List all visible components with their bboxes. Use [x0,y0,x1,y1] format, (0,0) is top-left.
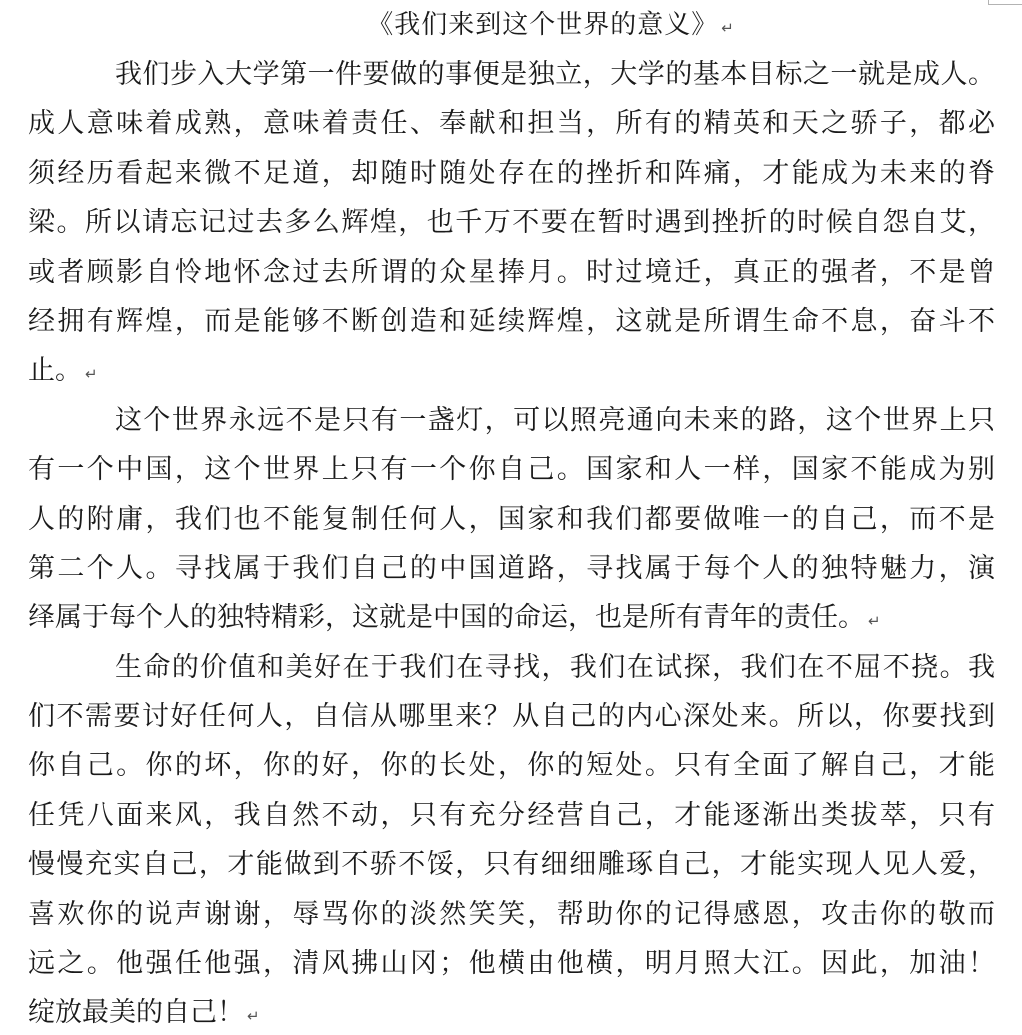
text-line: 人的附庸，我们也不能复制任何人，国家和我们都要做唯一的自己，而不是 [28,495,995,544]
document-page: 《我们来到这个世界的意义》↵ 我们步入大学第一件要做的事便是独立，大学的基本目标… [0,0,1022,1035]
text-line: 任凭八面来风，我自然不动，只有充分经营自己，才能逐渐出类拔萃，只有 [28,791,995,840]
text-line-content: 你自己。你的坏，你的好，你的长处，你的短处。只有全面了解自己，才能 [28,750,995,781]
text-line: 我们步入大学第一件要做的事便是独立，大学的基本目标之一就是成人。 [28,50,995,99]
text-line: 止。↵ [28,346,995,395]
paragraph-mark-icon: ↵ [244,1007,260,1025]
paragraph-mark-icon: ↵ [82,365,98,383]
text-line: 绎属于每个人的独特精彩，这就是中国的命运，也是所有青年的责任。↵ [28,593,995,642]
text-line: 慢慢充实自己，才能做到不骄不馁，只有细细雕琢自己，才能实现人见人爱， [28,840,995,889]
text-line-content: 喜欢你的说声谢谢，辱骂你的淡然笑笑，帮助你的记得感恩，攻击你的敬而 [28,899,995,930]
text-line-content: 我们步入大学第一件要做的事便是独立，大学的基本目标之一就是成人。 [115,59,995,90]
text-line: 绽放最美的自己！↵ [28,988,995,1035]
text-line-content: 慢慢充实自己，才能做到不骄不馁，只有细细雕琢自己，才能实现人见人爱， [28,849,995,880]
text-line-content: 绎属于每个人的独特精彩，这就是中国的命运，也是所有青年的责任。 [28,602,865,633]
text-line-content: 们不需要讨好任何人，自信从哪里来？从自己的内心深处来。所以，你要找到 [28,701,995,732]
text-line-content: 或者顾影自怜地怀念过去所谓的众星捧月。时过境迁，真正的强者，不是曾 [28,257,995,288]
text-line-content: 人的附庸，我们也不能复制任何人，国家和我们都要做唯一的自己，而不是 [28,504,995,535]
text-line-content: 任凭八面来风，我自然不动，只有充分经营自己，才能逐渐出类拔萃，只有 [28,800,995,831]
text-line: 第二个人。寻找属于我们自己的中国道路，寻找属于每个人的独特魅力，演 [28,544,995,593]
document-body: 我们步入大学第一件要做的事便是独立，大学的基本目标之一就是成人。成人意味着成熟，… [28,50,995,1035]
text-line-content: 第二个人。寻找属于我们自己的中国道路，寻找属于每个人的独特魅力，演 [28,553,995,584]
text-line: 有一个中国，这个世界上只有一个你自己。国家和人一样，国家不能成为别 [28,445,995,494]
text-line: 经拥有辉煌，而是能够不断创造和延续辉煌，这就是所谓生命不息，奋斗不 [28,297,995,346]
text-line-content: 成人意味着成熟，意味着责任、奉献和担当，所有的精英和天之骄子，都必 [28,108,995,139]
text-line-content: 须经历看起来微不足道，却随时随处存在的挫折和阵痛，才能成为未来的脊 [28,158,995,189]
text-line-content: 远之。他强任他强，清风拂山冈；他横由他横，明月照大江。因此，加油！ [28,948,995,979]
text-line-content: 有一个中国，这个世界上只有一个你自己。国家和人一样，国家不能成为别 [28,454,995,485]
text-line: 须经历看起来微不足道，却随时随处存在的挫折和阵痛，才能成为未来的脊 [28,149,995,198]
paragraph-mark-icon: ↵ [718,19,734,37]
text-line-content: 这个世界永远不是只有一盏灯，可以照亮通向未来的路，这个世界上只 [115,405,995,436]
text-line: 生命的价值和美好在于我们在寻找，我们在试探，我们在不屈不挠。我 [28,643,995,692]
text-line-content: 生命的价值和美好在于我们在寻找，我们在试探，我们在不屈不挠。我 [115,652,995,683]
text-line: 或者顾影自怜地怀念过去所谓的众星捧月。时过境迁，真正的强者，不是曾 [28,248,995,297]
text-line-content: 绽放最美的自己！ [28,997,244,1028]
text-line: 这个世界永远不是只有一盏灯，可以照亮通向未来的路，这个世界上只 [28,396,995,445]
text-line: 喜欢你的说声谢谢，辱骂你的淡然笑笑，帮助你的记得感恩，攻击你的敬而 [28,890,995,939]
document-title-text: 《我们来到这个世界的意义》 [367,10,718,40]
text-line: 你自己。你的坏，你的好，你的长处，你的短处。只有全面了解自己，才能 [28,741,995,790]
text-line-content: 止。 [28,355,82,386]
paragraph-mark-icon: ↵ [865,612,881,630]
text-line: 远之。他强任他强，清风拂山冈；他横由他横，明月照大江。因此，加油！ [28,939,995,988]
document-title: 《我们来到这个世界的意义》↵ [28,0,995,50]
text-line-content: 梁。所以请忘记过去多么辉煌，也千万不要在暂时遇到挫折的时候自怨自艾， [28,207,995,238]
text-line: 们不需要讨好任何人，自信从哪里来？从自己的内心深处来。所以，你要找到 [28,692,995,741]
text-line: 成人意味着成熟，意味着责任、奉献和担当，所有的精英和天之骄子，都必 [28,99,995,148]
text-line-content: 经拥有辉煌，而是能够不断创造和延续辉煌，这就是所谓生命不息，奋斗不 [28,306,995,337]
text-line: 梁。所以请忘记过去多么辉煌，也千万不要在暂时遇到挫折的时候自怨自艾， [28,198,995,247]
